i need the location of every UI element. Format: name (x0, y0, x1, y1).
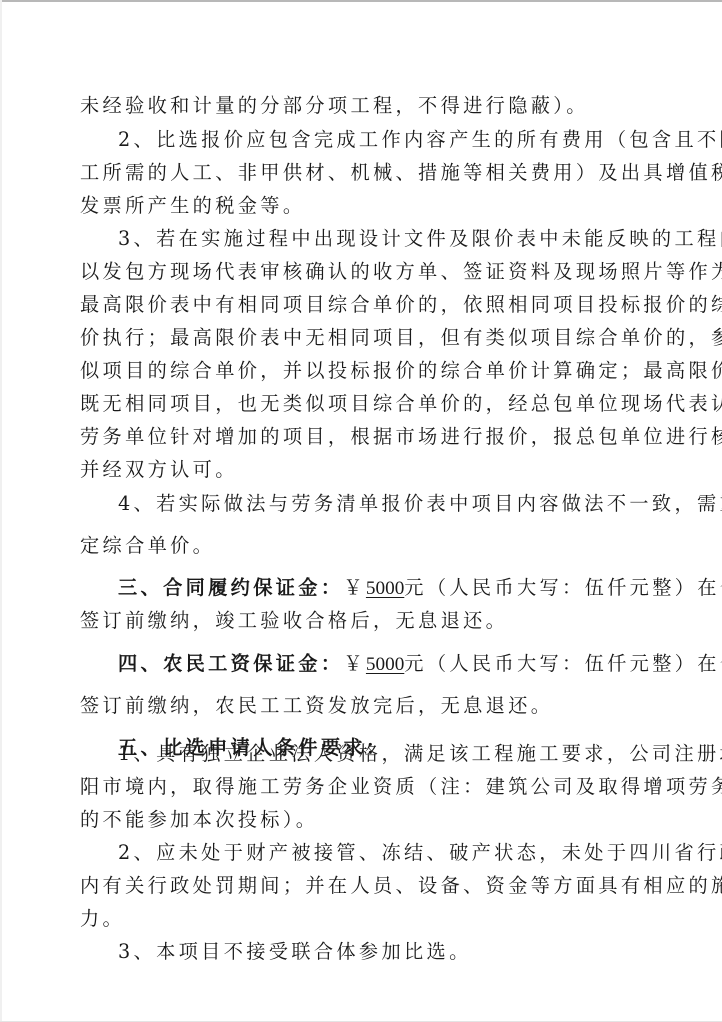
paragraph-line: 内有关行政处罚期间；并在人员、设备、资金等方面具有相应的施工能 (80, 874, 646, 898)
section-3-line-2: 签订前缴纳，竣工验收合格后，无息退还。 (80, 609, 646, 633)
paragraph-line: 发票所产生的税金等。 (80, 194, 646, 218)
page-top-border (0, 0, 722, 2)
paragraph-line: 价执行；最高限价表中无相同项目，但有类似项目综合单价的，参照类 (80, 326, 646, 350)
paragraph-line: 力。 (80, 907, 646, 931)
paragraph-line: 既无相同项目，也无类似项目综合单价的，经总包单位现场代表认可后， (80, 392, 646, 416)
page-left-border (0, 0, 2, 1022)
section-3-line-1: 三、合同履约保证金：￥5000元（人民币大写：伍仟元整）在合同 (80, 576, 646, 600)
paragraph-line: 1、具有独立企业法人资格，满足该工程施工要求，公司注册地在德 (80, 742, 646, 766)
paragraph-line: 并经双方认可。 (80, 458, 646, 482)
paragraph-line: 3、本项目不接受联合体参加比选。 (80, 940, 646, 964)
deposit-amount: 5000 (366, 578, 404, 599)
paragraph-line: 工所需的人工、非甲供材、机械、措施等相关费用）及出具增值税专用 (80, 161, 646, 185)
paragraph-line: 3、若在实施过程中出现设计文件及限价表中未能反映的工程内容， (80, 227, 646, 251)
paragraph-line: 阳市境内，取得施工劳务企业资质（注：建筑公司及取得增项劳务资质 (80, 775, 646, 799)
section-4-line-2: 签订前缴纳，农民工工资发放完后，无息退还。 (80, 694, 646, 718)
section-4-line-1: 四、农民工资保证金：￥5000元（人民币大写：伍仟元整）在合同 (80, 652, 646, 676)
paragraph-line: 4、若实际做法与劳务清单报价表中项目内容做法不一致，需重新核 (80, 492, 646, 516)
section-4-heading: 四、农民工资保证金： (118, 652, 343, 675)
paragraph-line: 2、比选报价应包含完成工作内容产生的所有费用（包含且不限于施 (80, 128, 646, 152)
currency-symbol: ￥ (343, 576, 366, 599)
paragraph-line: 定综合单价。 (80, 534, 646, 558)
paragraph-line: 最高限价表中有相同项目综合单价的，依照相同项目投标报价的综合单 (80, 293, 646, 317)
section-3-text: 元（人民币大写：伍仟元整）在合同 (404, 576, 722, 599)
section-4-text: 元（人民币大写：伍仟元整）在合同 (404, 652, 722, 675)
section-3-heading: 三、合同履约保证金： (118, 576, 343, 599)
paragraph-line: 劳务单位针对增加的项目，根据市场进行报价，报总包单位进行核定， (80, 425, 646, 449)
paragraph-line: 2、应未处于财产被接管、冻结、破产状态，未处于四川省行政区域 (80, 841, 646, 865)
paragraph-line: 似项目的综合单价，并以投标报价的综合单价计算确定；最高限价表中 (80, 359, 646, 383)
paragraph-line: 以发包方现场代表审核确认的收方单、签证资料及现场照片等作为补充。 (80, 260, 646, 284)
paragraph-line: 的不能参加本次投标）。 (80, 808, 646, 832)
deposit-amount: 5000 (366, 654, 404, 675)
currency-symbol: ￥ (343, 652, 366, 675)
paragraph-line: 未经验收和计量的分部分项工程，不得进行隐蔽）。 (80, 94, 646, 118)
